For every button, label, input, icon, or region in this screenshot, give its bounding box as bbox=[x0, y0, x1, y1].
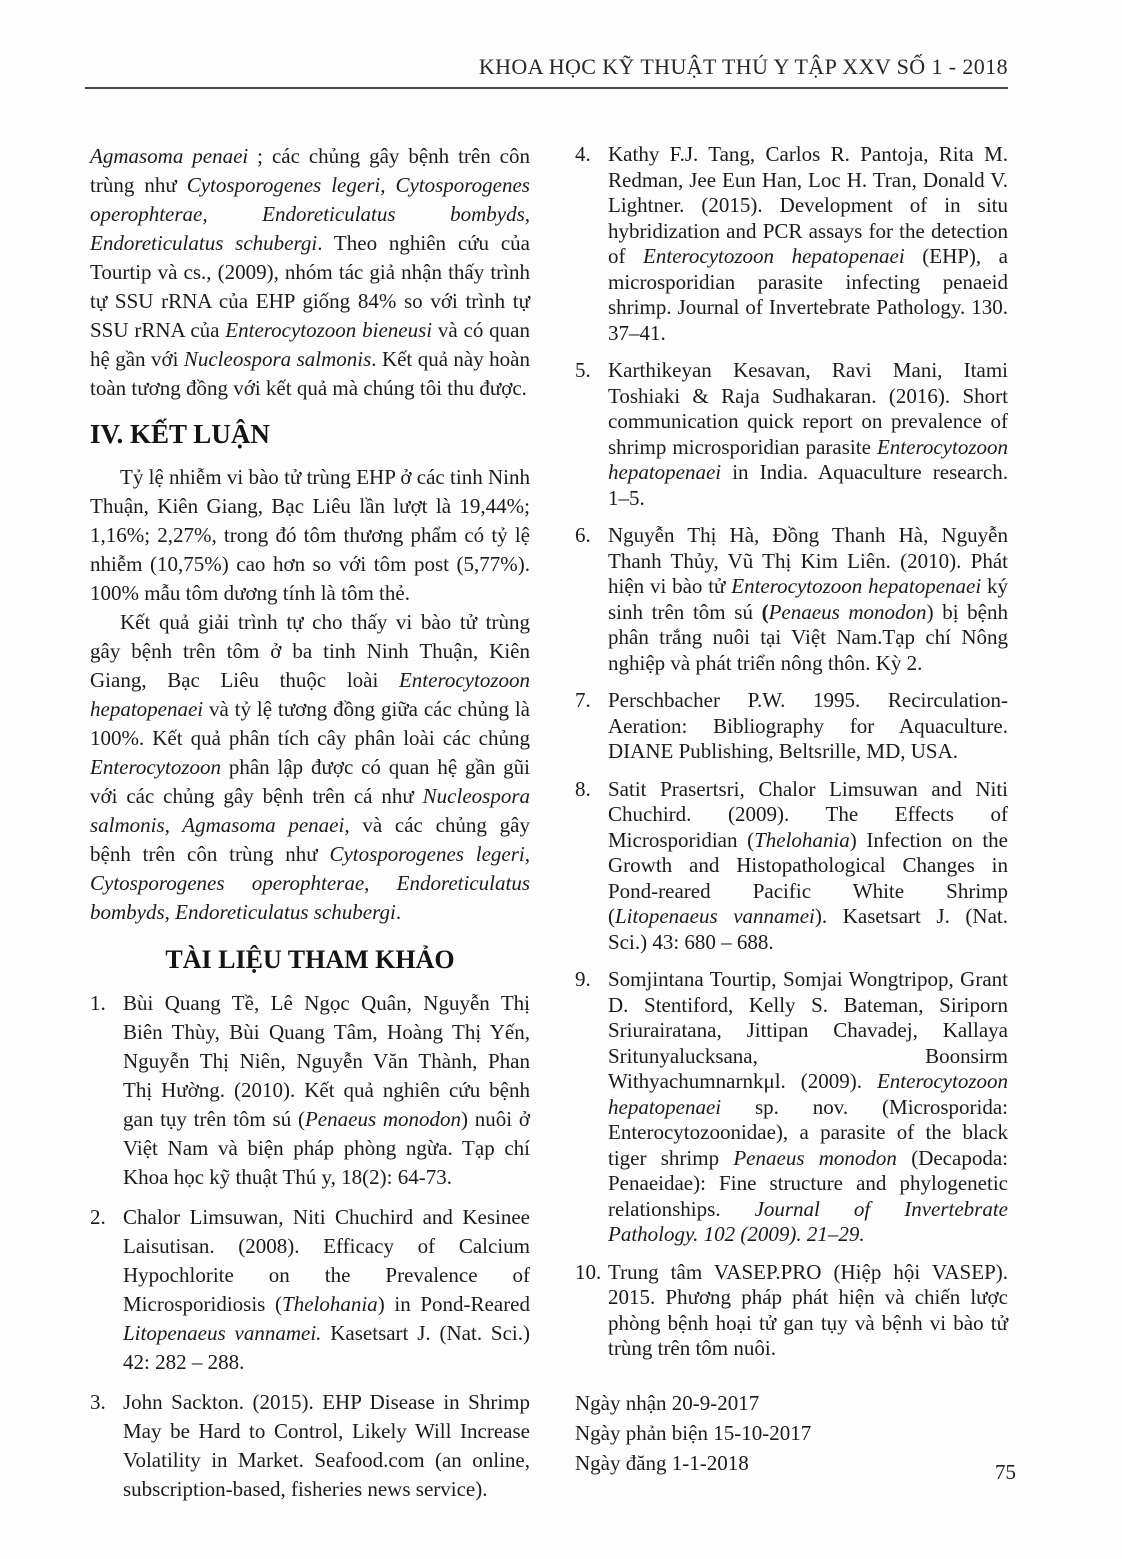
reference-text: Bùi Quang Tề, Lê Ngọc Quân, Nguyễn Thị B… bbox=[123, 991, 530, 1189]
reference-text: Trung tâm VASEP.PRO (Hiệp hội VASEP). 20… bbox=[608, 1260, 1008, 1361]
italic-text-run: Enterocytozoon hepatopenaei bbox=[731, 574, 981, 598]
reference-text: Chalor Limsuwan, Niti Chuchird and Kesin… bbox=[123, 1205, 530, 1374]
references-list-left: 1.Bùi Quang Tề, Lê Ngọc Quân, Nguyễn Thị… bbox=[90, 989, 530, 1504]
reference-text: John Sackton. (2015). EHP Disease in Shr… bbox=[123, 1390, 530, 1501]
reference-text: Somjintana Tourtip, Somjai Wongtripop, G… bbox=[608, 967, 1008, 1246]
reference-text: Satit Prasertsri, Chalor Limsuwan and Ni… bbox=[608, 777, 1008, 954]
text-run: John Sackton. (2015). EHP Disease in Shr… bbox=[123, 1390, 530, 1501]
intro-paragraph: Agmasoma penaei ; các chủng gây bệnh trê… bbox=[90, 142, 530, 403]
reference-item: 1.Bùi Quang Tề, Lê Ngọc Quân, Nguyễn Thị… bbox=[90, 989, 530, 1192]
italic-text-run: Enterocytozoon bieneusi bbox=[225, 318, 432, 342]
conclusion-paragraph-1: Tỷ lệ nhiễm vi bào tử trùng EHP ở các ti… bbox=[90, 463, 530, 608]
reference-number: 9. bbox=[575, 967, 591, 993]
reference-item: 7.Perschbacher P.W. 1995. Recirculation-… bbox=[575, 688, 1008, 765]
reference-text: Karthikeyan Kesavan, Ravi Mani, Itami To… bbox=[608, 358, 1008, 510]
italic-text-run: Penaeus monodon bbox=[769, 600, 927, 624]
journal-header: KHOA HỌC KỸ THUẬT THÚ Y TẬP XXV SỐ 1 - 2… bbox=[85, 54, 1008, 89]
right-column: 4.Kathy F.J. Tang, Carlos R. Pantoja, Ri… bbox=[575, 142, 1008, 1478]
reference-text: Kathy F.J. Tang, Carlos R. Pantoja, Rita… bbox=[608, 142, 1008, 345]
reference-item: 5.Karthikeyan Kesavan, Ravi Mani, Itami … bbox=[575, 358, 1008, 511]
conclusion-heading: IV. KẾT LUẬN bbox=[90, 418, 530, 450]
italic-text-run: Penaeus monodon bbox=[733, 1146, 897, 1170]
reference-number: 2. bbox=[90, 1203, 106, 1232]
text-run: ) in Pond-Reared bbox=[378, 1292, 530, 1316]
italic-text-run: Enterocytozoon bbox=[90, 755, 221, 779]
italic-text-run: Litopenaeus vannamei bbox=[615, 904, 815, 928]
text-run: Trung tâm VASEP.PRO (Hiệp hội VASEP). 20… bbox=[608, 1260, 1008, 1361]
conclusion-paragraph-2: Kết quả giải trình tự cho thấy vi bào tử… bbox=[90, 608, 530, 927]
reference-number: 1. bbox=[90, 989, 106, 1018]
text-run: , bbox=[364, 871, 396, 895]
reference-number: 5. bbox=[575, 358, 591, 384]
reference-item: 6.Nguyễn Thị Hà, Đồng Thanh Hà, Nguyễn T… bbox=[575, 523, 1008, 676]
italic-text-run: Thelohania bbox=[282, 1292, 378, 1316]
text-run: Tỷ lệ nhiễm vi bào tử trùng EHP ở các ti… bbox=[90, 465, 530, 605]
reference-number: 7. bbox=[575, 688, 591, 714]
journal-page: KHOA HỌC KỸ THUẬT THÚ Y TẬP XXV SỐ 1 - 2… bbox=[0, 0, 1122, 1559]
reference-number: 6. bbox=[575, 523, 591, 549]
reference-number: 8. bbox=[575, 777, 591, 803]
reference-text: Nguyễn Thị Hà, Đồng Thanh Hà, Nguyễn Tha… bbox=[608, 523, 1008, 675]
reference-item: 4.Kathy F.J. Tang, Carlos R. Pantoja, Ri… bbox=[575, 142, 1008, 346]
reference-text: Perschbacher P.W. 1995. Recirculation-Ae… bbox=[608, 688, 1008, 763]
left-column: Agmasoma penaei ; các chủng gây bệnh trê… bbox=[90, 142, 530, 1515]
reference-number: 4. bbox=[575, 142, 591, 168]
text-run: ( bbox=[762, 600, 769, 624]
text-run: Perschbacher P.W. 1995. Recirculation-Ae… bbox=[608, 688, 1008, 763]
journal-header-text: KHOA HỌC KỸ THUẬT THÚ Y TẬP XXV SỐ 1 - 2… bbox=[479, 54, 1008, 79]
reference-item: 10.Trung tâm VASEP.PRO (Hiệp hội VASEP).… bbox=[575, 1260, 1008, 1362]
italic-text-run: Nucleospora salmonis bbox=[184, 347, 371, 371]
reference-item: 2.Chalor Limsuwan, Niti Chuchird and Kes… bbox=[90, 1203, 530, 1377]
reference-number: 10. bbox=[575, 1260, 601, 1286]
text-run: , bbox=[165, 900, 176, 924]
reference-number: 3. bbox=[90, 1388, 106, 1417]
date-published: Ngày đăng 1-1-2018 bbox=[575, 1448, 1008, 1478]
dates-block: Ngày nhận 20-9-2017 Ngày phản biện 15-10… bbox=[575, 1388, 1008, 1478]
two-column-body: Agmasoma penaei ; các chủng gây bệnh trê… bbox=[90, 142, 1008, 1515]
page-number: 75 bbox=[995, 1460, 1016, 1485]
date-reviewed: Ngày phản biện 15-10-2017 bbox=[575, 1418, 1008, 1448]
italic-text-run: Enterocytozoon hepatopenaei bbox=[643, 244, 905, 268]
reference-item: 9.Somjintana Tourtip, Somjai Wongtripop,… bbox=[575, 967, 1008, 1248]
italic-text-run: Litopenaeus vannamei. bbox=[123, 1321, 321, 1345]
date-received: Ngày nhận 20-9-2017 bbox=[575, 1388, 1008, 1418]
reference-item: 8.Satit Prasertsri, Chalor Limsuwan and … bbox=[575, 777, 1008, 956]
references-heading: TÀI LIỆU THAM KHẢO bbox=[90, 944, 530, 976]
italic-text-run: Agmasoma penaei bbox=[90, 144, 257, 168]
italic-text-run: Thelohania bbox=[754, 828, 850, 852]
reference-item: 3.John Sackton. (2015). EHP Disease in S… bbox=[90, 1388, 530, 1504]
references-list-right: 4.Kathy F.J. Tang, Carlos R. Pantoja, Ri… bbox=[575, 142, 1008, 1362]
italic-text-run: Endoreticulatus schubergi bbox=[175, 900, 396, 924]
italic-text-run: Penaeus monodon bbox=[305, 1107, 461, 1131]
text-run: . bbox=[396, 900, 401, 924]
